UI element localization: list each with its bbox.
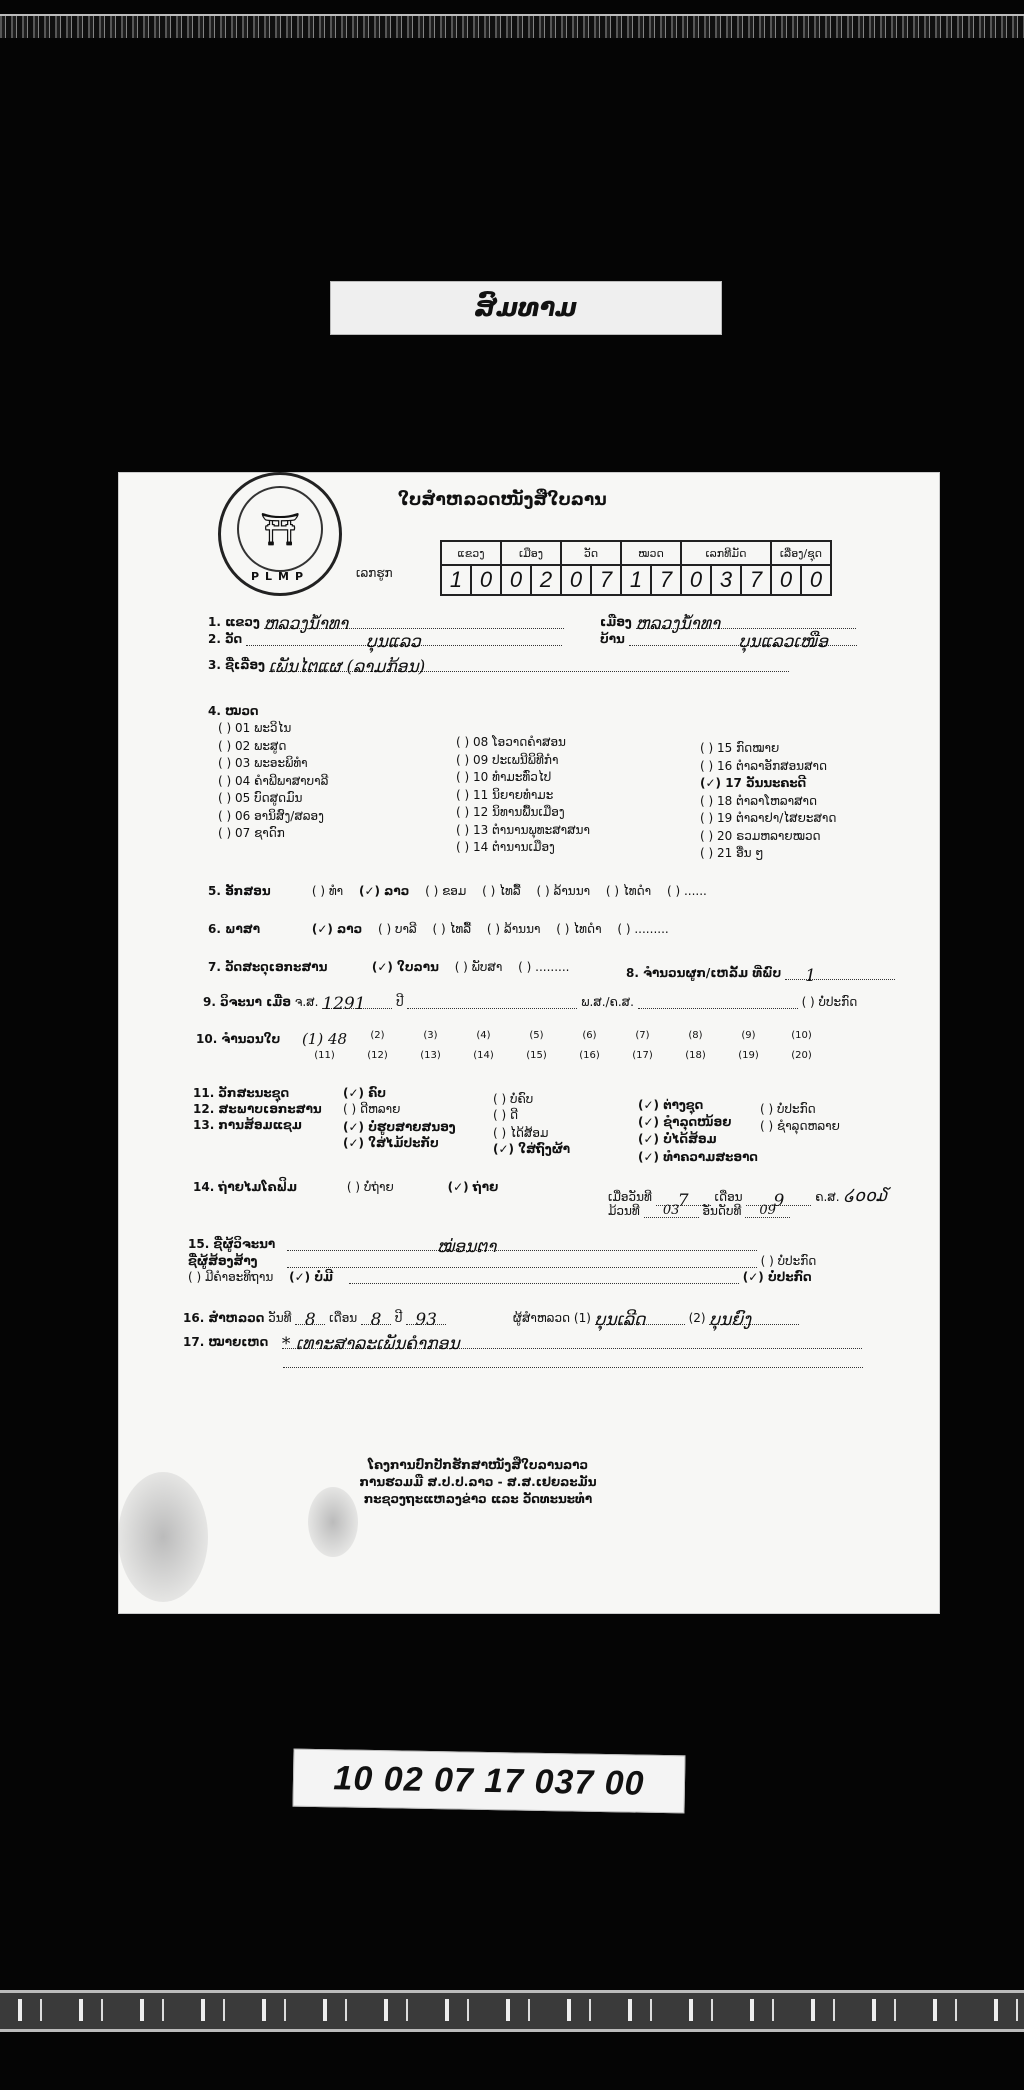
leaf-count-cell: (12) — [351, 1050, 404, 1061]
field-composed-date: 9. ວິຈະນາ ເມື່ອ ຈ.ສ. 1291 ປີ ພ.ສ./ຄ.ສ. (… — [203, 994, 857, 1009]
material-option-selected: (✓) ໃບລານ — [372, 960, 439, 974]
microfilm-option: ( ) ບໍ່ຖ່າຍ — [347, 1180, 394, 1194]
field-bundle-count: 8. ຈຳນວນຜູກ/ເຫລັ້ມ ທີ່ພົບ 1 — [626, 966, 895, 980]
microfilm-year-value: ໒໐໐໓ — [843, 1186, 887, 1206]
field-label: ເມືອງ — [600, 615, 632, 629]
language-option: ( ) ບາລີ — [378, 922, 417, 936]
manuscript-code: 10 02 07 17 037 00 — [333, 1759, 645, 1803]
category-option: ( ) 14 ຕຳນານເມືອງ — [456, 839, 590, 857]
category-column-3: ( ) 15 ກົດໝາຍ ( ) 16 ຕຳລາອັກສອນສາດ (✓) 1… — [700, 740, 836, 863]
completeness-option: ( ) ບໍ່ຄົບ — [493, 1092, 533, 1106]
leaf-count-cell: (7) — [616, 1030, 669, 1048]
completeness-option: ( ) ບໍ່ປະກົດ — [760, 1102, 816, 1116]
field-prayer: ( ) ມີຄຳອະທິຖານ (✓) ບໍ່ມີ (✓) ບໍ່ປະກົດ — [188, 1269, 812, 1284]
script-option: ( ) ຂອມ — [425, 884, 466, 898]
language-option: ( ) ໄທດຳ — [556, 922, 601, 936]
field-survey-date: 16. ສຳຫລວດ ວັນທີ 8 ເດືອນ 8 ປີ 93 — [183, 1310, 446, 1325]
category-option: ( ) 07 ຊາດົກ — [218, 825, 328, 843]
leaf-count-cell: (18) — [669, 1050, 722, 1061]
microfilm-roll-value: 03 — [663, 1203, 680, 1218]
script-option: ( ) ທຳ — [312, 884, 343, 898]
field-condition-label: 12. ສະພາບເອກະສານ — [193, 1102, 322, 1116]
condition-option: ( ) ດີ — [493, 1108, 518, 1122]
film-edge-bottom — [0, 1990, 1024, 2032]
field-microfilm: 14. ຖ່າຍໄມໂຄຟິມ ( ) ບໍ່ຖ່າຍ (✓) ຖ່າຍ — [193, 1180, 510, 1194]
code-digit: 0 — [681, 565, 711, 595]
category-option: ( ) 06 ອານິສົງ/ສລອງ — [218, 808, 328, 826]
form-title: ໃບສຳຫລວດໜັງສືໃບລານ — [398, 490, 607, 510]
code-header: ໝວດ — [621, 541, 681, 565]
field-label: ບ້ານ — [600, 632, 625, 646]
leaf-count-cell: (2) — [351, 1030, 404, 1048]
category-column-2: ( ) 08 ໂອວາດຄຳສອນ ( ) 09 ປະເພນີພິທີກຳ ( … — [456, 734, 590, 857]
unknown-option: ( ) ບໍ່ປະກົດ — [761, 1254, 817, 1268]
microfilm-roll: ມ້ວນທີ 03 ອັນດັບທີ 09 — [608, 1203, 790, 1218]
code-header: ວັດ — [561, 541, 621, 565]
category-option: ( ) 18 ຕຳລາໂຫລາສາດ — [700, 793, 836, 811]
category-option: ( ) 04 ຄຳພີພາສາບາລີ — [218, 773, 328, 791]
category-option: ( ) 10 ທຳມະທົ່ວໄປ — [456, 769, 590, 787]
leaf-count-cell: (3) — [404, 1030, 457, 1048]
field-composer: 15. ຊື່ຜູ້ວິຈະນາ ໝ່ອນຕາ — [188, 1237, 757, 1251]
field-sponsor: ຊື່ຜູ້ສ້ອງສ້າງ ( ) ບໍ່ປະກົດ — [188, 1253, 816, 1268]
code-digit: 0 — [801, 565, 831, 595]
code-header: ເມືອງ — [501, 541, 561, 565]
category-option: ( ) 19 ຕຳລາຢາ/ໄສຍະສາດ — [700, 810, 836, 828]
repair-option-selected: (✓) ໃສ່ໄມ້ປະກັບ — [343, 1136, 439, 1150]
category-column-1: ( ) 01 ພະວິໄນ ( ) 02 ພະສູດ ( ) 03 ພະອະພິ… — [218, 720, 328, 843]
field-province: 1. ແຂວງ ຫລວງນ້ຳທາ — [208, 614, 564, 629]
repair-option-selected: (✓) ໃສ່ຖົງຜ້າ — [493, 1142, 570, 1156]
material-option: ( ) ພັບສາ — [455, 960, 503, 974]
bundle-count-value: 1 — [805, 966, 816, 986]
code-digit: 0 — [471, 565, 501, 595]
language-option: ( ) ລ້ານນາ — [487, 922, 541, 936]
code-digit: 0 — [771, 565, 801, 595]
repair-option-selected: (✓) ທຳຄວາມສະອາດ — [638, 1150, 758, 1164]
surveyor-1-value: ບຸນເລີດ — [595, 1310, 646, 1330]
language-option: ( ) ໄທລື້ — [433, 922, 472, 936]
unknown-option-selected: (✓) ບໍ່ປະກົດ — [743, 1270, 812, 1284]
category-option: ( ) 20 ຣວມຫລາຍໝວດ — [700, 828, 836, 846]
unknown-option: ( ) ບໍ່ປະກົດ — [802, 995, 858, 1009]
prayer-option-selected: (✓) ບໍ່ມີ — [289, 1270, 333, 1284]
leaf-count-cell: (1) 48 — [298, 1030, 351, 1048]
village-value: ບຸນແລວເໜືອ — [739, 632, 828, 652]
form-footer: ໂຄງການປົກປັກຮັກສາໜັງສືໃບລານລາວ ການຮວມມື … — [328, 1457, 628, 1508]
leaf-count-cell: (14) — [457, 1050, 510, 1061]
footer-line: ກະຊວງຖະແຫລງຂ່າວ ແລະ ວັດທະນະທຳ — [328, 1491, 628, 1508]
field-label: 3. ຊື່ເລື່ອງ — [208, 658, 265, 672]
code-digit: 0 — [501, 565, 531, 595]
leaf-count-cell: (10) — [775, 1030, 828, 1048]
condition-option: ( ) ດີຫລາຍ — [343, 1102, 400, 1116]
repair-option-selected: (✓) ບໍ່ຮູບສາຍສນອງ — [343, 1120, 456, 1134]
code-digit: 7 — [591, 565, 621, 595]
title-card-text: ສົມທາມ — [475, 293, 577, 323]
footer-line: ໂຄງການປົກປັກຮັກສາໜັງສືໃບລານລາວ — [328, 1457, 628, 1474]
script-option-selected: (✓) ລາວ — [359, 884, 409, 898]
field-district: ເມືອງ ຫລວງນ້ຳທາ — [600, 614, 856, 629]
leaf-count-cell: (17) — [616, 1050, 669, 1061]
survey-month-value: 8 — [371, 1310, 382, 1330]
script-option: ( ) ໄທລື້ — [482, 884, 521, 898]
leaf-count-cell: (4) — [457, 1030, 510, 1048]
js-year-value: 1291 — [322, 994, 365, 1014]
field-script: 5. ອັກສອນ ( ) ທຳ (✓) ລາວ ( ) ຂອມ ( ) ໄທລ… — [208, 884, 719, 898]
repair-option-selected: (✓) ບໍ່ໄດ້ສ້ອມ — [638, 1132, 717, 1146]
code-digit: 1 — [621, 565, 651, 595]
leaf-count-grid: (1) 48 (2) (3) (4) (5) (6) (7) (8) (9) (… — [298, 1030, 828, 1061]
field-village: ບ້ານ ບຸນແລວເໜືອ — [600, 632, 857, 646]
material-option: ( ) ......... — [518, 960, 569, 974]
manuscript-title-value: ເພັນໄຕແຜ (ລາມກ້ອນ) — [269, 657, 426, 677]
district-value: ຫລວງນ້ຳທາ — [636, 614, 721, 634]
manuscript-code-card: 10 02 07 17 037 00 — [293, 1749, 686, 1814]
category-option: ( ) 09 ປະເພນີພິທີກຳ — [456, 752, 590, 770]
leaf-count-cell: (11) — [298, 1050, 351, 1061]
code-digit: 2 — [531, 565, 561, 595]
leaf-count-cell: (15) — [510, 1050, 563, 1061]
field-material: 7. ວັດສະດຸເອກະສານ (✓) ໃບລານ ( ) ພັບສາ ( … — [208, 960, 581, 974]
script-option: ( ) ...... — [667, 884, 707, 898]
field-surveyors: ຜູ້ສຳຫລວດ (1) ບຸນເລີດ (2) ບຸນຍົງ — [513, 1310, 799, 1325]
microfilm-option-selected: (✓) ຖ່າຍ — [448, 1180, 499, 1194]
category-option: ( ) 12 ນິທານພື້ນເມືອງ — [456, 804, 590, 822]
survey-form: ⛩ PLMP ໃບສຳຫລວດໜັງສືໃບລານ ເລກຮູກ ແຂວງ ເມ… — [118, 472, 940, 1614]
category-option: ( ) 01 ພະວິໄນ — [218, 720, 328, 738]
field-title: 3. ຊື່ເລື່ອງ ເພັນໄຕແຜ (ລາມກ້ອນ) — [208, 657, 789, 672]
field-repair-label: 13. ການສ້ອມແຊມ — [193, 1118, 302, 1132]
title-card: ສົມທາມ — [330, 281, 722, 335]
category-option: ( ) 15 ກົດໝາຍ — [700, 740, 836, 758]
film-edge-top — [0, 14, 1024, 38]
code-digit: 0 — [561, 565, 591, 595]
field-category-label: 4. ໝວດ — [208, 704, 258, 718]
category-option: ( ) 11 ນິຍາຍທຳມະ — [456, 787, 590, 805]
province-value: ຫລວງນ້ຳທາ — [264, 614, 349, 634]
field-label: 2. ວັດ — [208, 632, 242, 646]
code-header: ເລກທີມັດ — [681, 541, 771, 565]
condition-option-selected: (✓) ຊຳລຸດໜ້ອຍ — [638, 1115, 731, 1129]
completeness-option-selected: (✓) ຕ່າງຊຸດ — [638, 1098, 703, 1112]
surveyor-2-value: ບຸນຍົງ — [709, 1310, 751, 1330]
code-digit: 3 — [711, 565, 741, 595]
prayer-option: ( ) ມີຄຳອະທິຖານ — [188, 1270, 273, 1284]
field-label: 1. ແຂວງ — [208, 615, 260, 629]
plmp-seal-logo: ⛩ PLMP — [218, 472, 342, 596]
survey-day-value: 8 — [305, 1310, 316, 1330]
script-option: ( ) ໄທດຳ — [606, 884, 651, 898]
field-temple: 2. ວັດ ບຸນແລວ — [208, 632, 562, 646]
temple-value: ບຸນແລວ — [366, 632, 421, 652]
remarks-line — [283, 1367, 863, 1368]
code-table: ແຂວງ ເມືອງ ວັດ ໝວດ ເລກທີມັດ ເລື່ອງ/ຊຸດ 1… — [440, 540, 832, 596]
field-leaf-count-label: 10. ຈຳນວນໃບ — [196, 1032, 280, 1046]
microfilm-order-value: 09 — [759, 1203, 776, 1218]
leaf-count-cell: (13) — [404, 1050, 457, 1061]
category-option: ( ) 21 ອື່ນ ໆ — [700, 845, 836, 863]
leaf-count-cell: (5) — [510, 1030, 563, 1048]
leaf-count-cell: (20) — [775, 1050, 828, 1061]
category-option: ( ) 02 ພະສູດ — [218, 738, 328, 756]
code-header: ເລື່ອງ/ຊຸດ — [771, 541, 831, 565]
leaf-count-cell: (16) — [563, 1050, 616, 1061]
leaf-count-cell: (9) — [722, 1030, 775, 1048]
category-option-selected: (✓) 17 ວັນນະຄະດີ — [700, 775, 836, 793]
code-digit: 7 — [741, 565, 771, 595]
stain — [118, 1472, 208, 1602]
script-option: ( ) ລ້ານນາ — [537, 884, 591, 898]
repair-option: ( ) ໄດ້ສ້ອມ — [493, 1126, 548, 1140]
footer-line: ການຮວມມື ສ.ປ.ປ.ລາວ - ສ.ສ.ເຢຍລະມັນ — [328, 1474, 628, 1491]
leaf-count-cell: (6) — [563, 1030, 616, 1048]
leaf-count-cell: (8) — [669, 1030, 722, 1048]
code-label: ເລກຮູກ — [356, 566, 393, 580]
field-remarks: 17. ໝາຍເຫດ * ເທາະສາລະເພັນຄຳກອນ — [183, 1334, 862, 1349]
code-header: ແຂວງ — [441, 541, 501, 565]
temple-icon: ⛩ — [237, 486, 323, 572]
category-option: ( ) 03 ພະອະພິທຳ — [218, 755, 328, 773]
field-completeness-label: 11. ວັກສະນະຊຸດ — [193, 1086, 289, 1100]
leaf-count-cell: (19) — [722, 1050, 775, 1061]
language-option-selected: (✓) ລາວ — [312, 922, 362, 936]
language-option: ( ) ......... — [617, 922, 668, 936]
remarks-value: * ເທາະສາລະເພັນຄຳກອນ — [282, 1334, 460, 1354]
category-option: ( ) 08 ໂອວາດຄຳສອນ — [456, 734, 590, 752]
field-language: 6. ພາສາ (✓) ລາວ ( ) ບາລີ ( ) ໄທລື້ ( ) ລ… — [208, 922, 681, 936]
category-option: ( ) 13 ຕຳນານພຸທະສາສນາ — [456, 822, 590, 840]
completeness-option-selected: (✓) ຄົບ — [343, 1086, 386, 1100]
seal-text: PLMP — [251, 570, 309, 583]
category-option: ( ) 16 ຕຳລາອັກສອນສາດ — [700, 758, 836, 776]
condition-option: ( ) ຊຳລຸດຫລາຍ — [760, 1119, 840, 1133]
survey-year-value: 93 — [415, 1310, 437, 1330]
category-option: ( ) 05 ບົດສູດມົນ — [218, 790, 328, 808]
code-digit: 7 — [651, 565, 681, 595]
code-digit: 1 — [441, 565, 471, 595]
